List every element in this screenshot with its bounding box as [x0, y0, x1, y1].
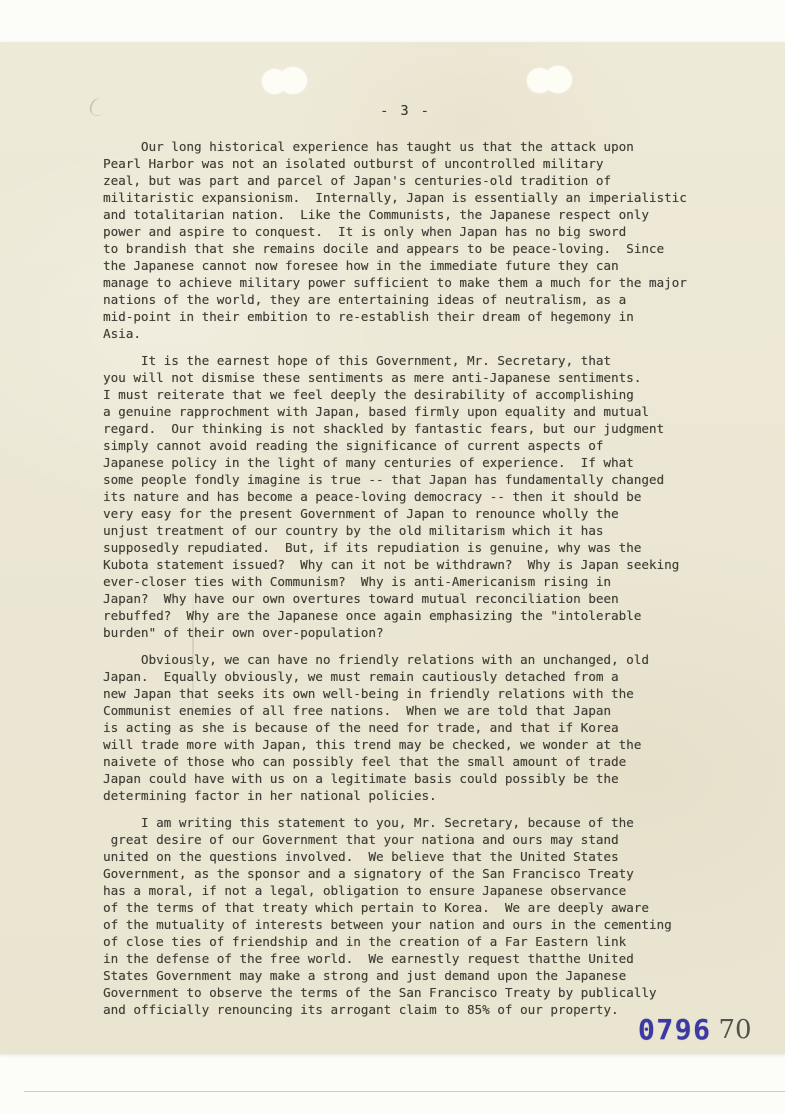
stamp-number-gray: 70: [718, 1015, 751, 1045]
page-number: - 3 -: [0, 103, 785, 119]
letter-body: Our long historical experience has taugh…: [103, 138, 723, 1028]
punch-hole-left: [262, 67, 310, 95]
paragraph-2: It is the earnest hope of this Governmen…: [103, 352, 723, 641]
punch-hole-right: [527, 66, 575, 94]
document-page: - 3 - Our long historical experience has…: [0, 42, 785, 1054]
punch-hole-circle: [279, 67, 307, 94]
scan-artifact-line: [24, 1091, 785, 1092]
paragraph-4: I am writing this statement to you, Mr. …: [103, 814, 723, 1018]
punch-hole-circle: [544, 66, 572, 93]
paragraph-3: Obviously, we can have no friendly relat…: [103, 651, 723, 804]
paragraph-1: Our long historical experience has taugh…: [103, 138, 723, 342]
stamp-number-blue: 0796: [638, 1013, 711, 1046]
archive-stamp: 079670: [638, 1013, 752, 1046]
